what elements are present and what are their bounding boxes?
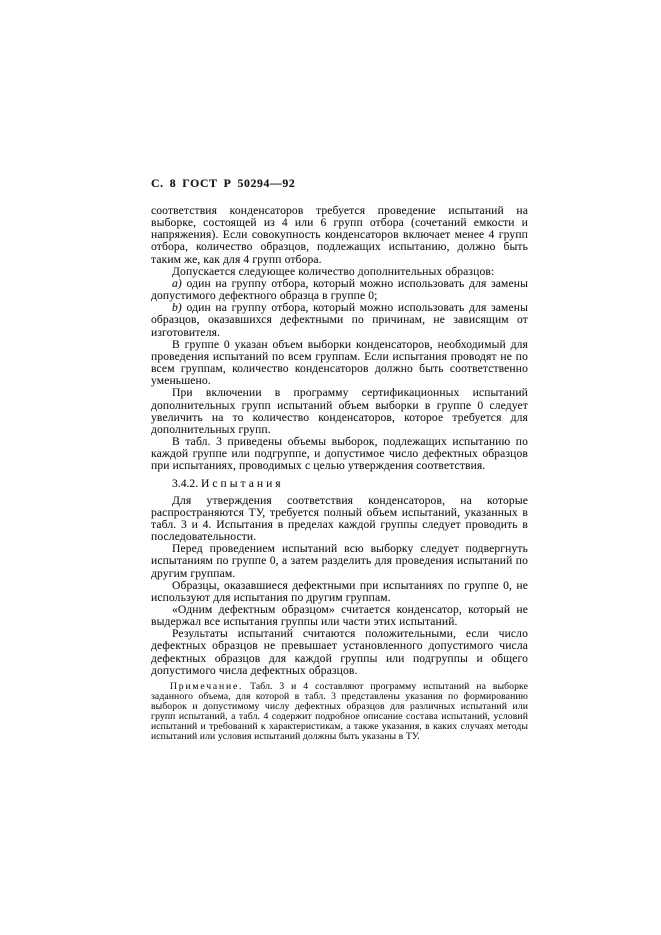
paragraph-positive-results-criteria: Результаты испытаний считаются положител… [151, 628, 528, 677]
list-item-b: b) один на группу отбора, который можно … [151, 302, 528, 338]
list-item-b-marker: b) [172, 301, 182, 314]
paragraph-group-0-sample-volume: В группе 0 указан объем выборки конденса… [151, 339, 528, 388]
paragraph-full-test-scope: Для утверждения соответствия конденсатор… [151, 495, 528, 544]
page-header-running-title: С. 8 ГОСТ Р 50294—92 [151, 177, 528, 189]
list-item-a-text: один на группу отбора, который можно исп… [151, 277, 528, 302]
scanned-document-page: С. 8 ГОСТ Р 50294—92 соответствия конден… [0, 0, 661, 935]
paragraph-defective-sample-definition: «Одним дефектным образцом» считается кон… [151, 604, 528, 628]
subsection-number: 3.4.2. [172, 477, 198, 490]
list-item-a: а) один на группу отбора, который можно … [151, 278, 528, 302]
paragraph-table-3-sample-volumes: В табл. 3 приведены объемы выборок, подл… [151, 436, 528, 472]
paragraph-continuation: соответствия конденсаторов требуется про… [151, 205, 528, 266]
paragraph-certification-additional-groups: При включении в программу сертификационн… [151, 387, 528, 436]
list-item-a-marker: а) [172, 277, 182, 290]
paragraph-group-0-first: Перед проведением испытаний всю выборку … [151, 543, 528, 579]
subsection-title: Испытания [201, 477, 284, 490]
text-column: С. 8 ГОСТ Р 50294—92 соответствия конден… [151, 177, 528, 742]
note-block: Примечание. Табл. 3 и 4 составляют прогр… [151, 682, 528, 742]
subsection-heading-3-4-2: 3.4.2. Испытания [151, 478, 528, 490]
list-item-b-text: один на группу отбора, который можно исп… [151, 301, 528, 338]
paragraph-defective-samples-not-reused: Образцы, оказавшиеся дефектными при испы… [151, 580, 528, 604]
note-text: Табл. 3 и 4 составляют программу испытан… [151, 681, 528, 742]
